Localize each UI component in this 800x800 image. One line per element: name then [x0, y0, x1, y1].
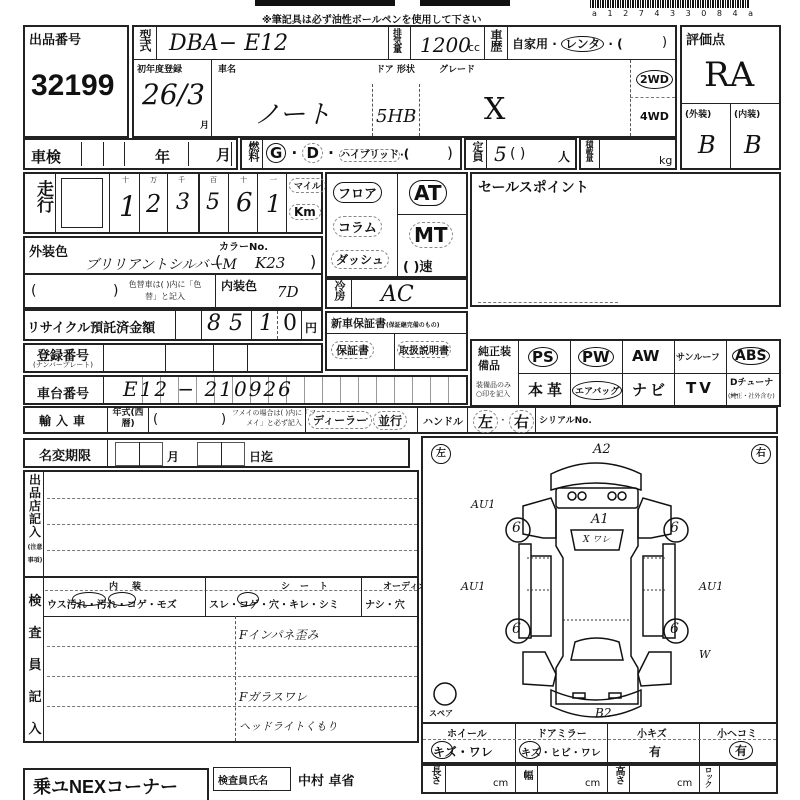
import-year-label: 年式(西暦) — [110, 408, 146, 430]
equipment-leather[interactable]: 本革 — [528, 379, 566, 400]
grade-value: X — [484, 92, 505, 127]
color-code-value: K23 — [255, 254, 285, 272]
small-dent-value: 有 — [729, 741, 753, 760]
shift-floor[interactable]: フロア — [333, 182, 382, 203]
equipment-tv[interactable]: TV — [686, 379, 714, 397]
capacity-paren: ( ) — [510, 146, 525, 162]
tire-mark: 6 — [670, 621, 679, 637]
shift-speed: ( )速 — [403, 256, 432, 275]
fuel-option-d[interactable]: D — [302, 143, 322, 163]
history-option-rental[interactable]: レンタ — [561, 36, 604, 52]
load-box: 積載量 kg — [579, 138, 677, 170]
model-row: 型式 DBA− E12 排気量 1200 cc 車歴 自家用 · レンタ · (… — [134, 27, 675, 60]
import-parallel[interactable]: 並行 — [373, 411, 407, 430]
fuel-option-other[interactable]: ( — [404, 147, 409, 161]
warranty-box: 新車保証書(保証継完備のもの) 保証書 取扱説明書 — [325, 311, 468, 371]
recycle-unit: 円 — [305, 319, 317, 336]
registration-sub: (ナンバープレート) — [33, 360, 93, 370]
name-change-box: 名変期限 月 日迄 — [23, 438, 410, 468]
recycle-label: リサイクル預託済金額 — [27, 317, 155, 336]
inspection-label: 車検 — [31, 146, 61, 167]
unit-mile[interactable]: マイル — [289, 178, 326, 193]
unit-km[interactable]: Km — [289, 204, 321, 220]
fuel-options: G · D · ハイブリッド·( — [266, 144, 409, 162]
import-dealer[interactable]: ディーラー — [308, 411, 372, 429]
repaint-box: ( ) 色替車は( )内に「色替」と記入 内装色 7D — [23, 273, 323, 309]
repaint-note: 色替車は( )内に「色替」と記入 — [125, 279, 205, 303]
recycle-box: リサイクル預託済金額 8 5 1 0 円 — [23, 309, 323, 341]
tire-mark: 6 — [670, 520, 679, 536]
history-option-other[interactable]: ( — [617, 37, 622, 51]
serial-label: シリアルNo. — [539, 413, 592, 426]
ac-label: 冷房 — [331, 280, 347, 300]
tire-mark: 6 — [512, 520, 521, 536]
sales-point-box: セールスポイント — [470, 172, 781, 307]
mark-rear-bumper: B2 — [595, 706, 611, 720]
small-damage-box: ホイール ドアミラー 小キズ 小ヘコミ キズ・ワレ キズ・ヒビ・ワレ 有 有 — [421, 722, 778, 764]
import-box: 輸入車 年式(西暦) ( ) フメイの場合は( )内に「フメイ」と必ず記入 ディ… — [23, 406, 778, 434]
pen-notice: ※筆記具は必ず油性ボールペンを使用して下さい — [262, 11, 482, 26]
inspection-box: 車検 年 月 — [23, 138, 238, 170]
recycle-digit: 0 — [283, 311, 297, 336]
tire-mark: 6 — [512, 621, 521, 637]
mileage-digit: 1 — [119, 190, 137, 223]
fuel-label: 燃料 — [245, 141, 261, 161]
sales-point-label: セールスポイント — [478, 177, 589, 197]
load-unit: kg — [659, 154, 672, 167]
interior-color-value: 7D — [277, 283, 299, 301]
score-box: 評価点 RA (外装) (内装) B B — [680, 25, 781, 170]
equipment-sunroof[interactable]: サンルーフ — [676, 350, 720, 363]
warranty-certificate[interactable]: 保証書 — [331, 341, 374, 359]
inspector-note: Fインパネ歪み — [239, 626, 319, 643]
capacity-value: 5 — [494, 142, 507, 166]
vehicle-info-box: 型式 DBA− E12 排気量 1200 cc 車歴 自家用 · レンタ · (… — [132, 25, 677, 138]
exterior-color-label: 外装色 — [29, 241, 68, 260]
shift-dash[interactable]: ダッシュ — [331, 250, 389, 269]
name-change-month: 月 — [167, 448, 179, 465]
recycle-digit: 1 — [259, 311, 273, 336]
inspector-name-label: 検査員氏名 — [218, 772, 268, 787]
ac-value: AC — [381, 282, 414, 307]
chassis-label: 車台番号 — [37, 383, 89, 402]
dealer-notes-box: 出品店記入(注意事項) — [23, 470, 419, 578]
mark-hood: A1 — [591, 512, 609, 527]
length-label: 長さ — [427, 766, 442, 784]
mileage-box: 走行 十 万 千 百 十 一 1 2 3 5 6 1 マイル Km — [23, 172, 323, 234]
mileage-digit: 6 — [236, 188, 253, 218]
wheel-header: ホイール — [447, 725, 487, 740]
drive-2wd[interactable]: 2WD — [636, 70, 673, 89]
small-scratch-value: 有 — [649, 743, 661, 760]
equipment-dtuner-note: (純正・社外含む) — [728, 391, 775, 400]
first-reg-label: 初年度登録 — [137, 62, 182, 75]
equipment-pw[interactable]: PW — [578, 347, 614, 367]
fuel-close: ) — [447, 144, 453, 162]
fuel-option-g[interactable]: G — [266, 143, 286, 163]
history-close: ) — [662, 35, 667, 50]
capacity-box: 定員 5 ( ) 人 — [464, 138, 577, 170]
recycle-digit: 5 — [229, 311, 243, 336]
height-label: 高さ — [611, 766, 626, 784]
small-scratch-header: 小キズ — [637, 725, 667, 740]
warranty-manual[interactable]: 取扱説明書 — [397, 341, 451, 358]
mark-burn — [108, 592, 136, 606]
lock-label: ロック — [703, 766, 714, 787]
lot-number: 32199 — [31, 69, 114, 103]
details-row: 初年度登録 26/3 月 車名 ノート ドア 形状 5HB グレード X 2WD… — [134, 60, 675, 136]
chassis-value: E12 − 210926 — [123, 377, 293, 401]
door-shape-value: 5HB — [376, 106, 416, 127]
inspection-month-label-2: 月 — [216, 144, 231, 165]
name-change-day: 日迄 — [249, 448, 273, 465]
lot-label: 出品番号 — [29, 29, 81, 48]
inspector-vertical-label: 検査員記入 — [27, 586, 43, 746]
mark-front-bumper: A2 — [593, 442, 611, 457]
drive-4wd[interactable]: 4WD — [640, 110, 669, 123]
equipment-aw[interactable]: AW — [632, 347, 659, 365]
mileage-digits: 十 万 千 百 十 一 1 2 3 5 6 1 — [109, 174, 287, 232]
grade-label: グレード — [439, 62, 475, 75]
lot-number-box: 出品番号 32199 — [23, 25, 129, 138]
mark-windshield: X ワレ — [583, 532, 610, 545]
capacity-unit: 人 — [558, 148, 570, 165]
damage-diagram-box: 左 右 A2 — [421, 436, 778, 724]
equipment-note: 装備品のみ○印を記入 — [476, 381, 516, 399]
mileage-label: 走行 — [31, 180, 56, 212]
handle-right[interactable]: 右 — [509, 410, 534, 433]
venue-box: 乗ユNEXコーナー — [23, 768, 209, 800]
import-label: 輸入車 — [39, 412, 90, 429]
equipment-box: 純正装備品 装備品のみ○印を記入 PS PW AW サンルーフ ABS 本革 エ… — [470, 339, 781, 407]
mark-right-side: AU1 — [699, 580, 723, 593]
mileage-digit: 3 — [176, 190, 190, 215]
inspector-name: 中村 卓省 — [298, 770, 355, 789]
inspection-year-label: 年 — [155, 146, 170, 167]
inspector-name-label-box: 検査員氏名 — [213, 767, 291, 791]
first-reg-unit: 月 — [200, 118, 209, 131]
exterior-color-box: 外装色 カラーNo. ブリリアントシルバーM ( K23 ) — [23, 236, 323, 278]
name-change-label: 名変期限 — [39, 445, 91, 464]
seat-values: スレ・コゲ・穴・キレ・シミ — [209, 596, 339, 611]
mirror-header: ドアミラー — [537, 725, 587, 740]
width-label: 幅 — [519, 770, 534, 779]
interior-color-label: 内装色 — [221, 277, 257, 294]
shift-mt[interactable]: MT — [409, 222, 453, 248]
car-name-label: 車名 — [218, 62, 236, 75]
mileage-digit: 5 — [206, 190, 220, 215]
small-dent-header: 小ヘコミ — [717, 725, 757, 740]
mileage-digit: 1 — [266, 190, 281, 218]
mark-stain — [72, 592, 106, 606]
color-code-label: カラーNo. — [219, 238, 268, 253]
model-label: 型式 — [137, 29, 154, 51]
exterior-score: B — [698, 131, 716, 159]
shift-box: フロア コラム ダッシュ AT MT ( )速 — [325, 172, 468, 278]
audio-values: ナシ・穴 — [365, 596, 405, 611]
barcode — [590, 0, 750, 8]
load-label: 積載量 — [584, 140, 595, 161]
handle-left[interactable]: 左 — [473, 410, 498, 433]
dimensions-box: 長さ cm 幅 cm 高さ cm ロック — [421, 764, 778, 794]
history-label: 車歴 — [488, 29, 505, 51]
mark-seat-hole — [237, 592, 259, 606]
equipment-label: 純正装備品 — [478, 345, 514, 373]
handle-label: ハンドル — [423, 413, 463, 428]
ac-box: 冷房 AC — [325, 278, 468, 309]
shift-at[interactable]: AT — [409, 180, 447, 206]
door-shape-label: ドア 形状 — [376, 62, 415, 75]
displacement-label: 排気量 — [390, 28, 403, 52]
interior-score: B — [744, 131, 762, 159]
inspector-note: Fガラスワレ — [239, 688, 307, 705]
score-label: 評価点 — [686, 29, 725, 48]
mark-left-front-fender: AU1 — [471, 498, 495, 511]
exterior-label: (外装) — [685, 107, 711, 120]
capacity-label: 定員 — [469, 141, 485, 161]
mark-left-side: AU1 — [461, 580, 485, 593]
mark-right-rear: W — [699, 648, 710, 661]
chassis-box: 車台番号 E12 − 210926 — [23, 375, 468, 405]
registration-box: 登録番号 (ナンバープレート) — [23, 343, 323, 373]
title-fragment — [255, 0, 395, 6]
title-fragment — [420, 0, 510, 6]
warranty-label: 新車保証書(保証継完備のもの) — [331, 315, 440, 331]
fuel-box: 燃料 G · D · ハイブリッド·( ) — [240, 138, 462, 170]
first-reg-value: 26/3 — [142, 78, 205, 111]
fuel-option-hybrid[interactable]: ハイブリッド — [339, 149, 400, 162]
inspector-note: ヘッドライトくもり — [239, 718, 338, 734]
equipment-navi[interactable]: ナビ — [632, 379, 668, 400]
history-options: 自家用 · レンタ · ( — [512, 35, 623, 52]
barcode-number: a 1 2 7 4 3 3 0 8 4 a — [592, 9, 757, 18]
interior-label: (内装) — [734, 107, 760, 120]
car-name-value: ノート — [254, 94, 331, 131]
recycle-digit: 8 — [207, 311, 221, 336]
equipment-ps[interactable]: PS — [528, 347, 558, 367]
shift-column[interactable]: コラム — [333, 216, 382, 237]
spare-label: スペア — [429, 708, 453, 719]
mileage-digit: 2 — [146, 190, 161, 218]
equipment-abs[interactable]: ABS — [732, 347, 770, 365]
history-option-private[interactable]: 自家用 — [512, 37, 548, 51]
score-value: RA — [704, 55, 754, 95]
displacement-value: 1200 — [420, 33, 471, 57]
dealer-notes-label: 出品店記入(注意事項) — [27, 474, 43, 565]
displacement-unit: cc — [468, 41, 480, 54]
venue-name: 乗ユNEXコーナー — [33, 773, 178, 799]
equipment-airbag[interactable]: エアバッグ — [572, 381, 622, 400]
model-value: DBA− E12 — [169, 31, 288, 56]
